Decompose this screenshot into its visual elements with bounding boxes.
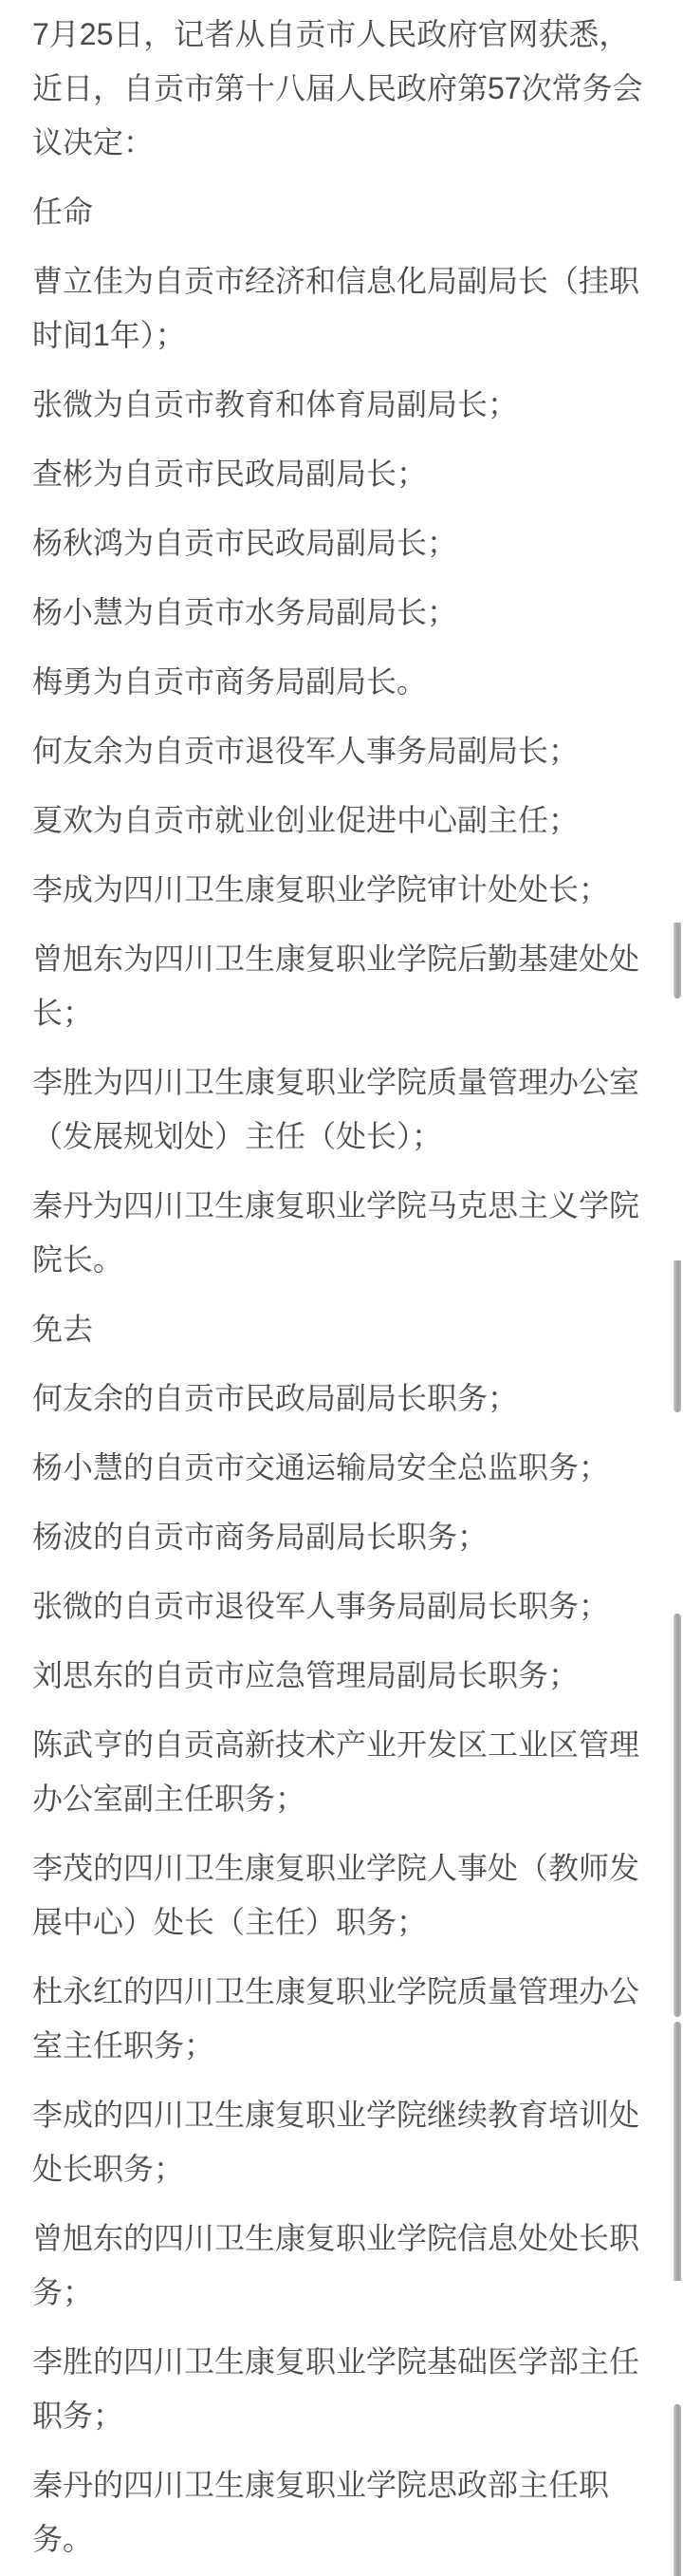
scrollbar-thumb[interactable] xyxy=(674,1614,681,2017)
scrollbar-thumb[interactable] xyxy=(674,1260,681,1412)
article-page: 7月25日，记者从自贡市人民政府官网获悉，近日，自贡市第十八届人民政府第57次常… xyxy=(0,0,683,2576)
section-heading: 任命 xyxy=(32,185,651,239)
appointment-item: 杜永红的四川卫生康复职业学院质量管理办公室主任职务； xyxy=(32,1965,651,2073)
appointment-item: 刘思东的自贡市应急管理局副局长职务； xyxy=(32,1649,651,1703)
appointment-item: 杨秋鸿为自贡市民政局副局长； xyxy=(32,516,651,570)
appointment-item: 李成的四川卫生康复职业学院继续教育培训处处长职务； xyxy=(32,2088,651,2196)
scrollbar-thumb[interactable] xyxy=(674,2404,681,2576)
appointment-item: 曾旭东的四川卫生康复职业学院信息处处长职务； xyxy=(32,2212,651,2320)
scrollbar-thumb[interactable] xyxy=(674,2022,681,2281)
appointment-item: 何友余为自贡市退役军人事务局副局长； xyxy=(32,724,651,778)
appointment-item: 秦丹为四川卫生康复职业学院马克思主义学院院长。 xyxy=(32,1179,651,1287)
appointment-item: 杨小慧为自贡市水务局副局长； xyxy=(32,586,651,640)
appointment-item: 曹立佳为自贡市经济和信息化局副局长（挂职时间1年）； xyxy=(32,254,651,363)
appointment-item: 李成为四川卫生康复职业学院审计处处长； xyxy=(32,863,651,917)
article-sections: 任命曹立佳为自贡市经济和信息化局副局长（挂职时间1年）；张微为自贡市教育和体育局… xyxy=(32,185,651,2567)
appointment-item: 夏欢为自贡市就业创业促进中心副主任； xyxy=(32,793,651,848)
appointment-item: 李胜为四川卫生康复职业学院质量管理办公室（发展规划处）主任（处长）； xyxy=(32,1055,651,1164)
appointment-item: 张微为自贡市教育和体育局副局长； xyxy=(32,378,651,432)
appointment-item: 杨波的自贡市商务局副局长职务； xyxy=(32,1510,651,1564)
appointment-item: 何友余的自贡市民政局副局长职务； xyxy=(32,1372,651,1426)
appointment-item: 秦丹的四川卫生康复职业学院思政部主任职务。 xyxy=(32,2458,651,2567)
appointment-item: 梅勇为自贡市商务局副局长。 xyxy=(32,655,651,709)
section-heading: 免去 xyxy=(32,1302,651,1356)
appointment-item: 陈武亨的自贡高新技术产业开发区工业区管理办公室副主任职务； xyxy=(32,1718,651,1826)
scrollbar-thumb[interactable] xyxy=(674,923,681,999)
appointment-item: 查彬为自贡市民政局副局长； xyxy=(32,447,651,501)
appointment-item: 李胜的四川卫生康复职业学院基础医学部主任职务； xyxy=(32,2335,651,2443)
appointment-item: 曾旭东为四川卫生康复职业学院后勤基建处处长； xyxy=(32,932,651,1040)
article-intro: 7月25日，记者从自贡市人民政府官网获悉，近日，自贡市第十八届人民政府第57次常… xyxy=(32,8,651,170)
scrollbar-track xyxy=(674,0,681,2576)
appointment-item: 杨小慧的自贡市交通运输局安全总监职务； xyxy=(32,1441,651,1495)
appointment-item: 李茂的四川卫生康复职业学院人事处（教师发展中心）处长（主任）职务； xyxy=(32,1841,651,1950)
appointment-item: 张微的自贡市退役军人事务局副局长职务； xyxy=(32,1579,651,1633)
